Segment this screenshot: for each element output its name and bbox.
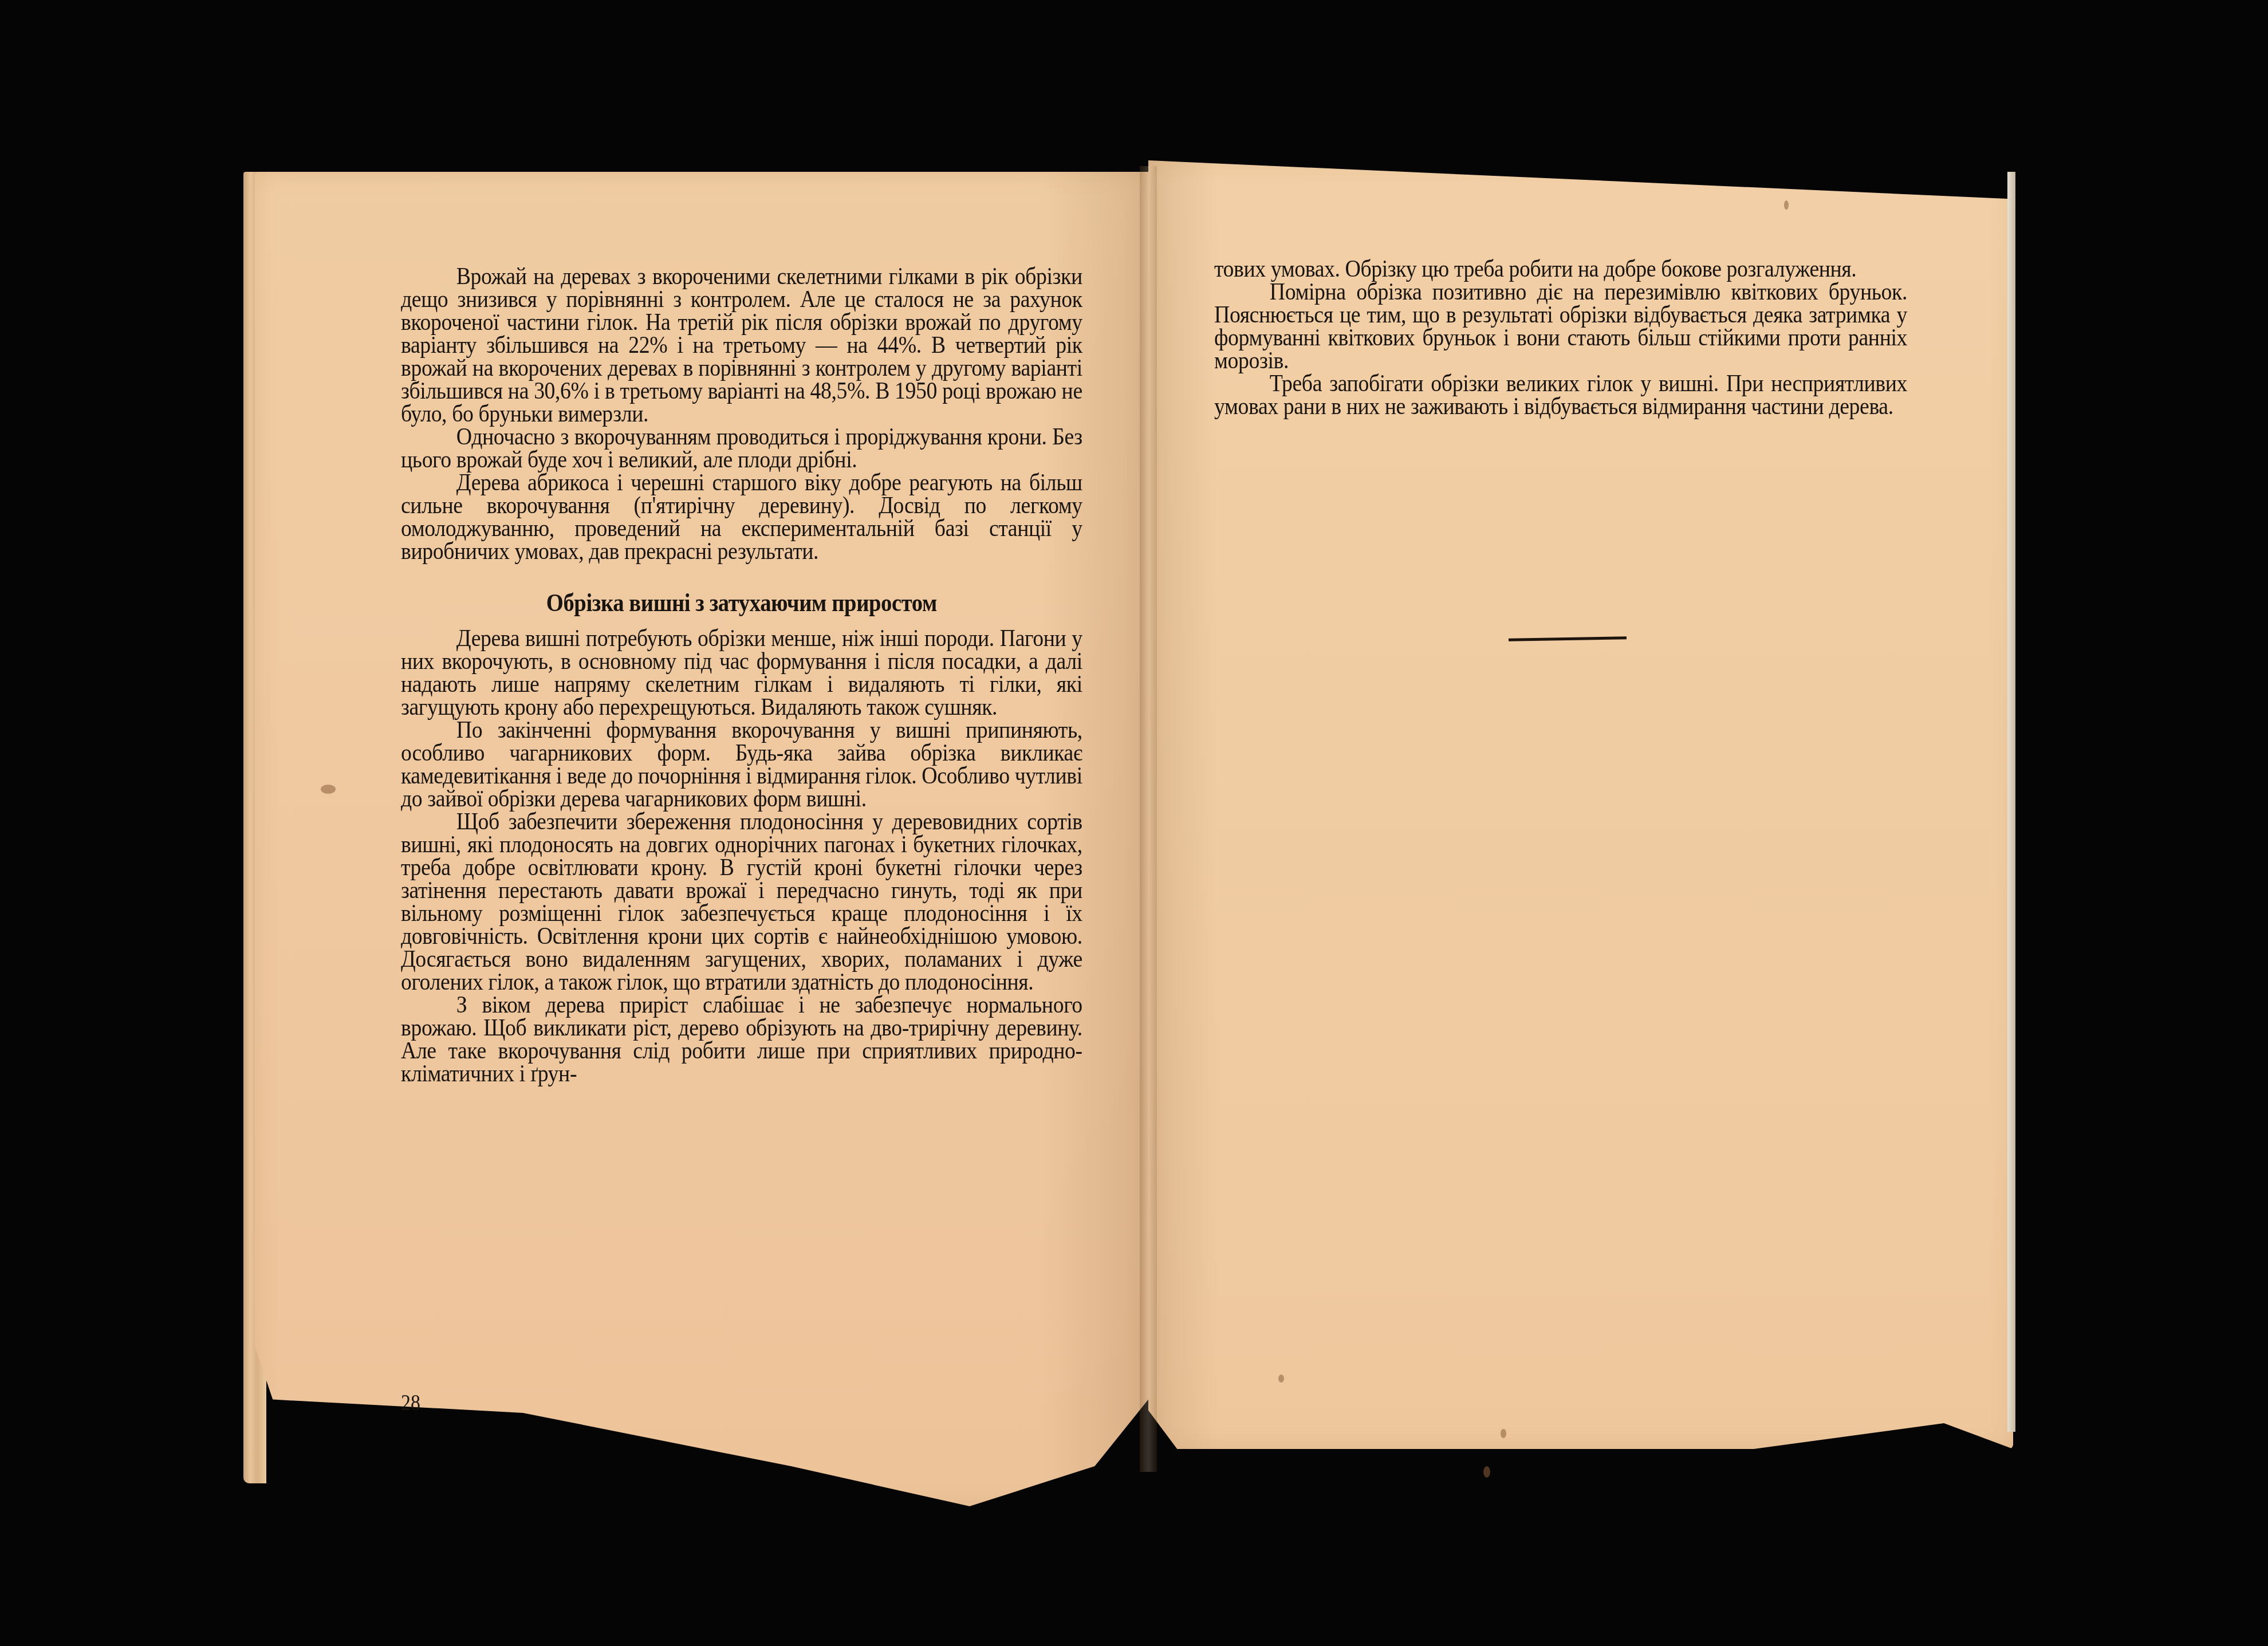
paragraph: Помірна обрізка позитивно діє на перезим… [1214,281,1907,372]
paper-speck [1278,1375,1284,1383]
paper-speck [1501,1429,1506,1438]
section-heading: Обрізка вишні з затухаючим приростом [401,592,1082,615]
paper-speck [321,785,336,794]
paper-speck [1483,1466,1490,1478]
right-page-edge [2007,172,2015,1432]
paragraph: Щоб забезпечити збереження плодоносіння … [401,810,1082,994]
paragraph: Дерева вишні потребують обрізки менше, н… [401,627,1082,719]
paragraph: Врожай на деревах з вкороченими скелетни… [401,265,1082,426]
page-number: 28 [401,1389,420,1416]
paragraph: З віком дерева приріст слабішає і не заб… [401,994,1082,1085]
left-page-text: Врожай на деревах з вкороченими скелетни… [401,265,1001,1085]
book-spread: Врожай на деревах з вкороченими скелетни… [0,0,2268,1646]
paper-speck [1784,200,1789,210]
right-page-text: тових умовах. Обрізку цю треба робити на… [1214,258,1824,418]
paragraph: По закінченні формування вкорочування у … [401,719,1082,810]
paragraph: Одночасно з вкорочуванням проводиться і … [401,426,1082,471]
paragraph: Дерева абрикоса і черешні старшого віку … [401,471,1082,563]
paragraph: Треба запобігати обрізки великих гілок у… [1214,372,1907,418]
book-gutter [1140,166,1157,1472]
paragraph: тових умовах. Обрізку цю треба робити на… [1214,258,1907,281]
